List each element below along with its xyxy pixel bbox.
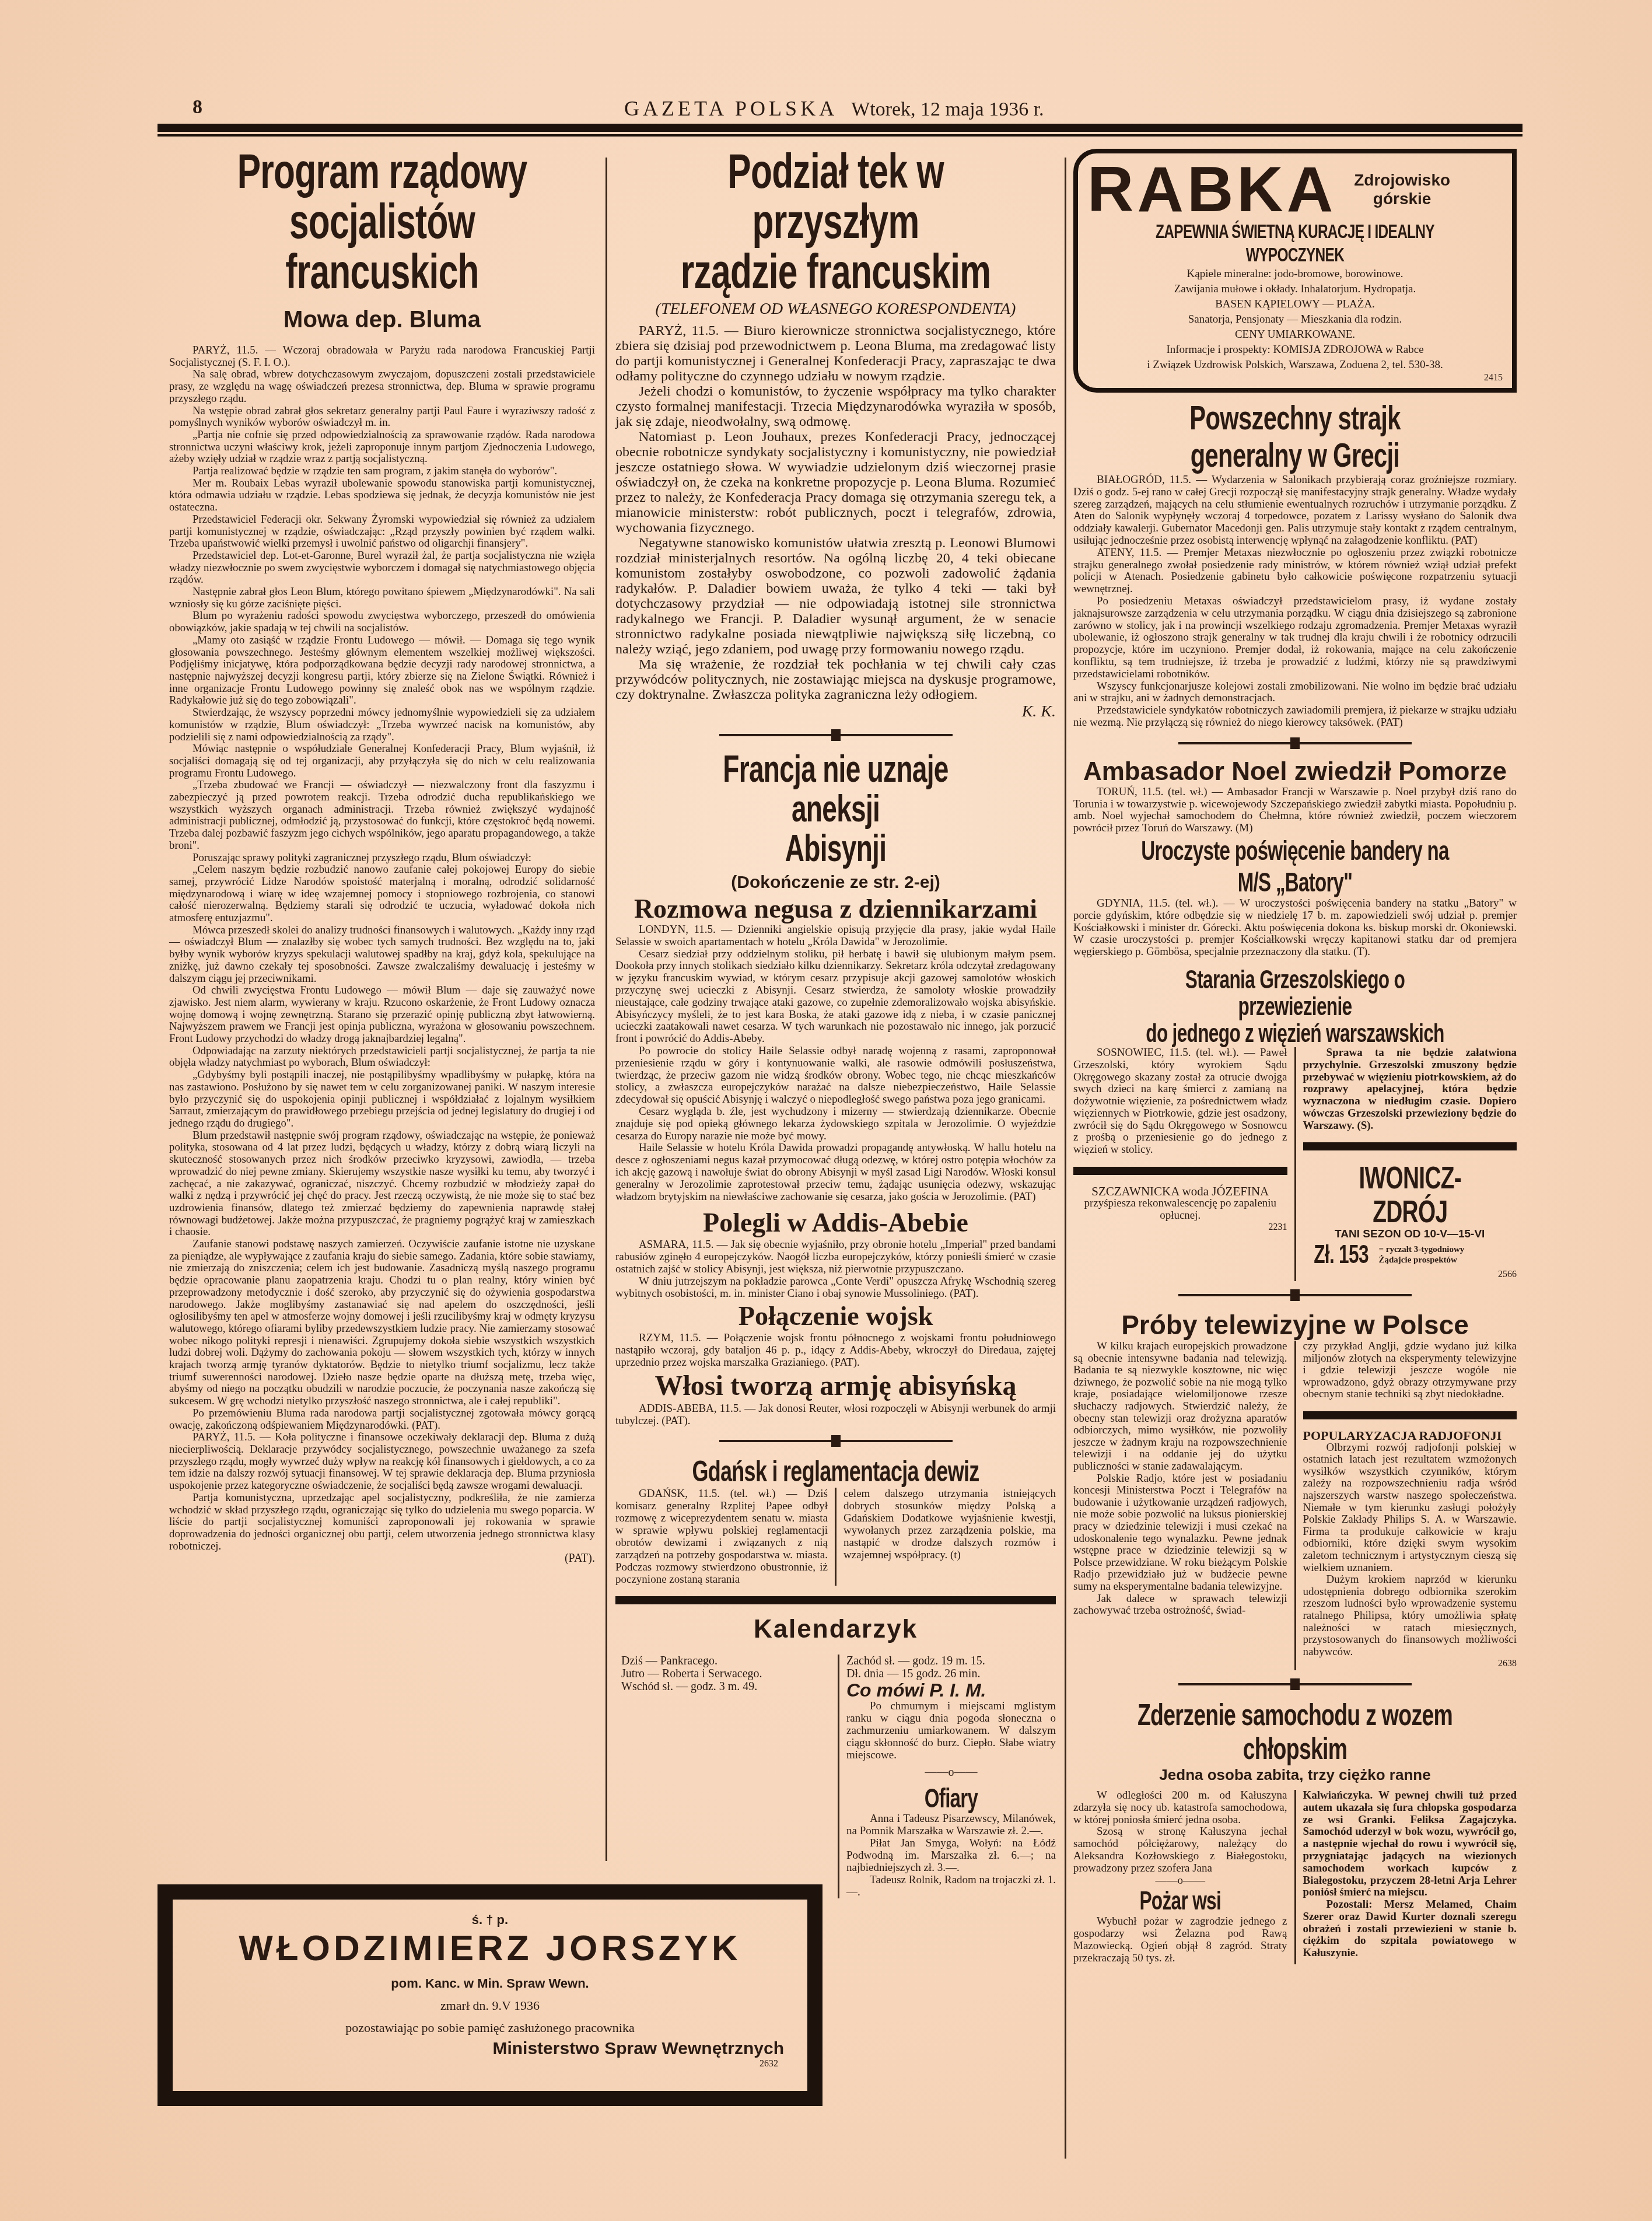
headline: Program rządowy: [229, 146, 535, 196]
page-number: 8: [192, 96, 202, 118]
headline: POPULARYZACJA RADJOFONJI: [1303, 1430, 1517, 1442]
headline: Francja nie uznaje aneksji: [677, 749, 995, 828]
article-pozar: Pożar wsi Wybuchł pożar w zagrodzie jedn…: [1073, 1887, 1287, 1964]
headline: Powszechny strajk generalny w Grecji: [1135, 400, 1454, 474]
article-batory: Uroczyste poświęcenie bandery na M/S „Ba…: [1073, 835, 1517, 959]
article-grzeszolski: Starania Grzeszolskiego o przewiezienie …: [1073, 967, 1517, 1281]
headline: Kalendarzyk: [615, 1615, 1056, 1644]
headline: Podział tek w przyszłym: [677, 146, 995, 246]
kalendarzyk: Kalendarzyk Dziś — Pankracego. Jutro — R…: [615, 1615, 1056, 1898]
masthead: 8 GAZETA POLSKA Wtorek, 12 maja 1936 r.: [157, 96, 1522, 120]
cross-icon: ś. † p.: [173, 1912, 807, 1928]
headline: Polegli w Addis-Abebie: [615, 1206, 1056, 1239]
article-program-rzadowy: Program rządowy socjalistów francuskich …: [169, 146, 595, 1565]
masthead-rule: [157, 124, 1522, 132]
article-body: ADDIS-ABEBA, 11.5. — Jak donosi Reuter, …: [615, 1403, 1056, 1428]
headline: Pożar wsi: [1103, 1887, 1257, 1916]
issue-date: Wtorek, 12 maja 1936 r.: [851, 99, 1044, 120]
small-ornament: ——o——: [846, 1766, 1056, 1779]
ad-number: 2231: [1073, 1222, 1287, 1234]
article-body: PARYŻ, 11.5. — Wczoraj obradowała w Pary…: [169, 345, 595, 1565]
headline: Ambasador Noel zwiedził Pomorze: [1073, 757, 1517, 786]
section-rule: [1303, 1411, 1517, 1419]
headline: Abisynji: [677, 828, 995, 868]
column-right: RABKA Zdrojowisko górskie ZAPEWNIA ŚWIET…: [1073, 149, 1517, 1964]
section-ornament: [1178, 1678, 1412, 1690]
section-rule: [615, 1596, 1056, 1604]
article-radjofonja: POPULARYZACJA RADJOFONJI Olbrzymi rozwój…: [1303, 1430, 1517, 1670]
headline: Połączenie wojsk: [615, 1300, 1056, 1332]
article-gdansk: Gdańsk i reglamentacja dewiz GDAŃSK, 11.…: [615, 1455, 1056, 1586]
section-rule: [1073, 1167, 1287, 1175]
subheadline: Mowa dep. Bluma: [169, 307, 595, 333]
article-noel: Ambasador Noel zwiedził Pomorze TORUŃ, 1…: [1073, 757, 1517, 835]
headline: socjalistów francuskich: [229, 196, 535, 296]
weather-heading: Co mówi P. I. M.: [846, 1684, 1056, 1697]
article-body: ASMARA, 11.5. — Jak się obecnie wyjaśnił…: [615, 1239, 1056, 1300]
section-rule: [1303, 1142, 1517, 1150]
article-body: PARYŻ, 11.5. — Biuro kierownicze stronni…: [615, 323, 1056, 702]
column-center: Podział tek w przyszłym rządzie francusk…: [615, 146, 1056, 1898]
ad-number: 2632: [173, 2059, 807, 2069]
article-body: LONDYN, 11.5. — Dzienniki angielskie opi…: [615, 924, 1056, 1203]
byline: (TELEFONEM OD WŁASNEGO KORESPONDENTA): [615, 300, 1056, 319]
newspaper-title: GAZETA POLSKA Wtorek, 12 maja 1936 r.: [624, 96, 1044, 121]
headline: Starania Grzeszolskiego o przewiezienie: [1135, 967, 1454, 1020]
article-polaczenie: Połączenie wojsk RZYM, 11.5. — Połączeni…: [615, 1300, 1056, 1369]
headline: Zderzenie samochodu z wozem chłopskim: [1135, 1698, 1454, 1766]
headline: Uroczyste poświęcenie bandery na M/S „Ba…: [1135, 835, 1454, 898]
article-telewizja: Próby telewizyjne w Polsce W kilku kraja…: [1073, 1309, 1517, 1670]
headline: Włosi tworzą armję abisyńską: [615, 1369, 1056, 1403]
small-ornament: ——o——: [1073, 1875, 1287, 1887]
headline: Gdańsk i reglamentacja dewiz: [677, 1455, 995, 1488]
obituary-notice: ś. † p. WŁODZIMIERZ JORSZYK pom. Kanc. w…: [157, 1884, 822, 2106]
subheadline: Jedna osoba zabita, trzy ciężko ranne: [1073, 1766, 1517, 1784]
deceased-name: WŁODZIMIERZ JORSZYK: [173, 1928, 807, 1969]
column-divider: [1065, 158, 1066, 2159]
continuation-note: (Dokończenie ze str. 2-ej): [615, 873, 1056, 893]
ad-iwonicz: IWONICZ-ZDRÓJ TANI SEZON OD 10-V—15-VI Z…: [1303, 1161, 1517, 1281]
column-divider: [605, 158, 607, 1861]
headline: Próby telewizyjne w Polsce: [1073, 1309, 1517, 1341]
headline: Ofiary: [876, 1783, 1026, 1813]
section-ornament: [1178, 1289, 1412, 1301]
article-francja-abisynja: Francja nie uznaje aneksji Abisynji (Dok…: [615, 749, 1056, 1203]
article-signature: K. K.: [615, 702, 1056, 721]
ad-brand: IWONICZ-ZDRÓJ: [1333, 1161, 1487, 1229]
headline: rządzie francuskim: [677, 246, 995, 296]
headline: do jednego z więzień warszawskich: [1135, 1020, 1454, 1047]
article-strajk-grecja: Powszechny strajk generalny w Grecji BIA…: [1073, 400, 1517, 729]
ad-rabka: RABKA Zdrojowisko górskie ZAPEWNIA ŚWIET…: [1073, 149, 1517, 393]
ad-number: 2638: [1303, 1658, 1517, 1670]
ad-number: 2415: [1087, 373, 1503, 383]
article-signature: (PAT).: [169, 1552, 595, 1565]
section-ornament: [719, 729, 953, 741]
subheadline: Rozmowa negusa z dziennikarzami: [615, 894, 1056, 924]
article-zderzenie: Zderzenie samochodu z wozem chłopskim Je…: [1073, 1698, 1517, 1965]
ad-szczawnicka: SZCZAWNICKA woda JÓZEFINA przyśpiesza re…: [1073, 1185, 1287, 1234]
article-polegli: Polegli w Addis-Abebie ASMARA, 11.5. — J…: [615, 1206, 1056, 1300]
article-body: RZYM, 11.5. — Połączenie wojsk frontu pó…: [615, 1332, 1056, 1369]
article-wlosi: Włosi tworzą armję abisyńską ADDIS-ABEBA…: [615, 1369, 1056, 1428]
article-podzial-tek: Podział tek w przyszłym rządzie francusk…: [615, 146, 1056, 721]
section-ornament: [1178, 737, 1412, 749]
masthead-rule-thin: [157, 134, 1522, 137]
article-body: GDAŃSK, 11.5. (tel. wł.) — Dziś komisarz…: [615, 1488, 1056, 1586]
article-body: BIAŁOGRÓD, 11.5. — Wydarzenia w Salonika…: [1073, 474, 1517, 729]
newspaper-page: 8 GAZETA POLSKA Wtorek, 12 maja 1936 r. …: [0, 0, 1652, 2221]
section-ornament: [719, 1435, 953, 1447]
ad-brand: RABKA: [1087, 159, 1336, 220]
ad-number: 2566: [1303, 1269, 1517, 1281]
newspaper-name: GAZETA POLSKA: [624, 97, 836, 120]
